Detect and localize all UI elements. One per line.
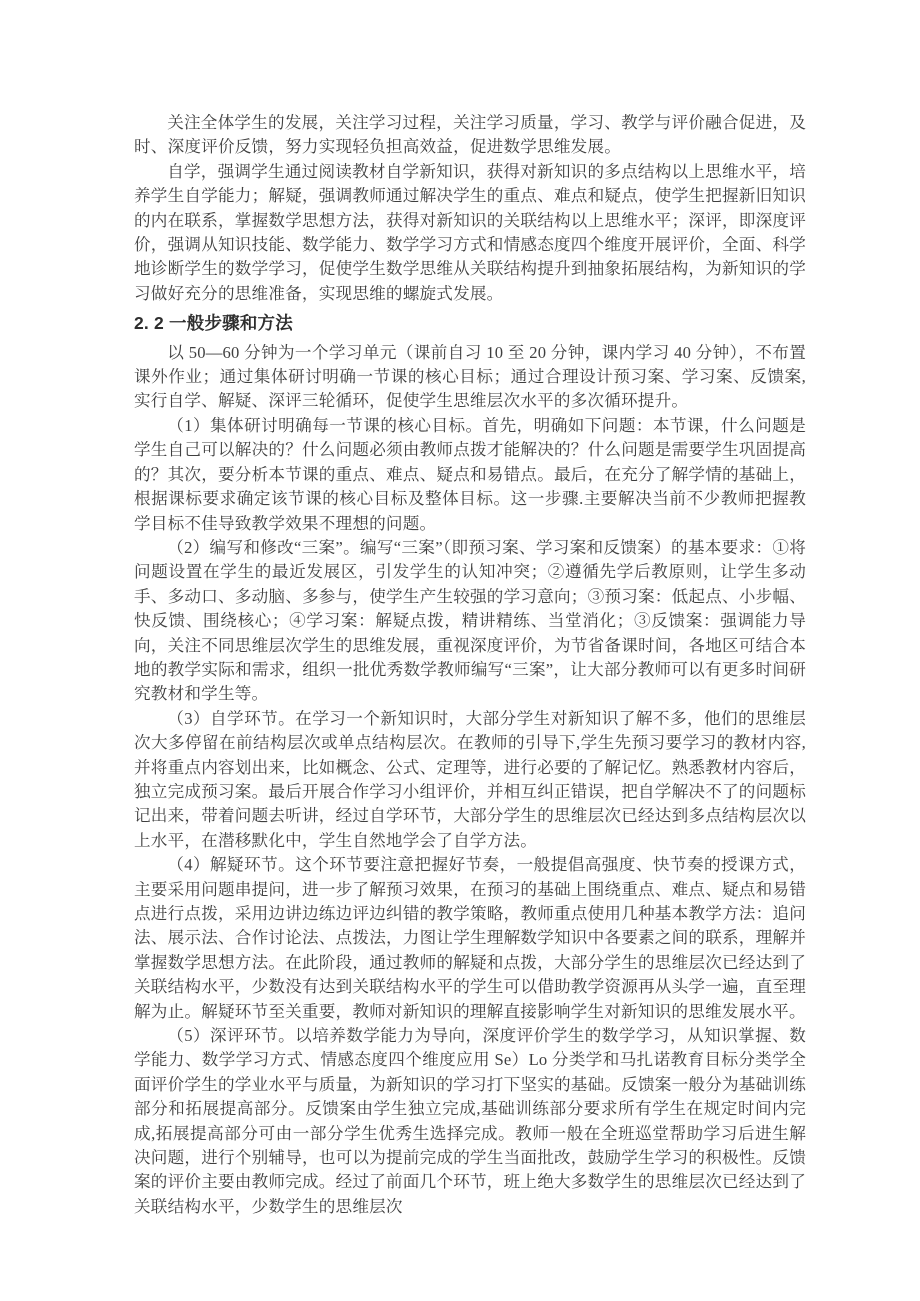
paragraph-step-3-self-study: （3）自学环节。在学习一个新知识时，大部分学生对新知识了解不多，他们的思维层次大… xyxy=(134,707,806,853)
section-heading-general-steps-and-methods: 2. 2 一般步骤和方法 xyxy=(134,311,806,335)
document-text-block: 关注全体学生的发展，关注学习过程，关注学习质量，学习、教学与评价融合促进，及时、… xyxy=(134,111,806,1219)
paragraph-step-4-question-resolution: （4）解疑环节。这个环节要注意把握好节奏，一般提倡高强度、快节奏的授课方式，主要… xyxy=(134,853,806,1024)
paragraph-step-1-core-goals: （1）集体研讨明确每一节课的核心目标。首先，明确如下问题：本节课，什么问题是学生… xyxy=(134,414,806,536)
paragraph-step-5-deep-evaluation: （5）深评环节。以培养数学能力为导向，深度评价学生的数学学习，从知识掌握、数学能… xyxy=(134,1024,806,1219)
paragraph-evaluation-focus: 关注全体学生的发展，关注学习过程，关注学习质量，学习、教学与评价融合促进，及时、… xyxy=(134,111,806,160)
paragraph-learning-unit-overview: 以 50—60 分钟为一个学习单元（课前自习 10 至 20 分钟，课内学习 4… xyxy=(134,341,806,414)
document-page: 关注全体学生的发展，关注学习过程，关注学习质量，学习、教学与评价融合促进，及时、… xyxy=(0,0,920,1301)
paragraph-step-2-three-plans: （2）编写和修改“三案”。编写“三案”（即预习案、学习案和反馈案）的基本要求：①… xyxy=(134,536,806,707)
paragraph-three-stage-definitions: 自学，强调学生通过阅读教材自学新知识，获得对新知识的多点结构以上思维水平，培养学… xyxy=(134,160,806,306)
